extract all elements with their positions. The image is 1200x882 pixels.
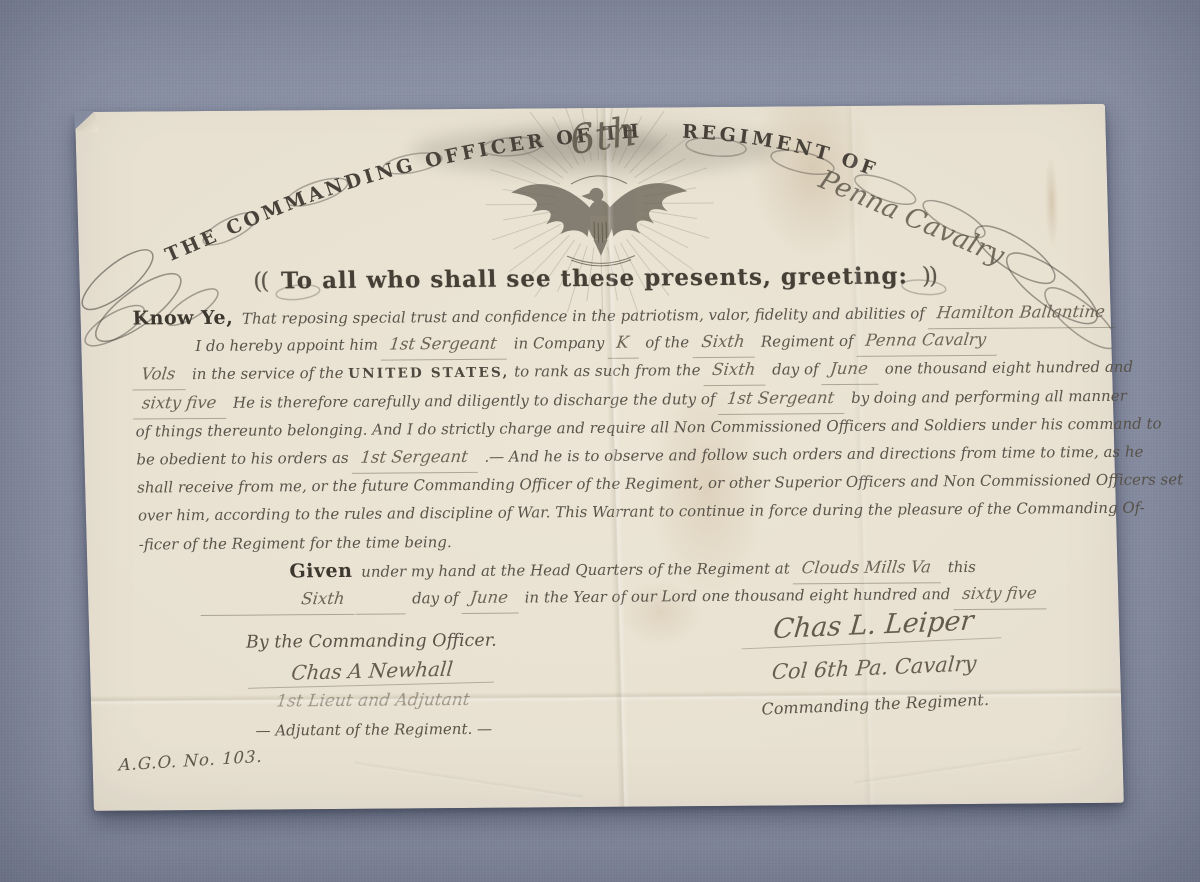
handwritten-fill: 1st Sergeant [381,330,511,361]
handwritten-fill: Sixth [293,585,359,616]
printed-text: to rank as such from the [509,361,705,381]
printed-text: of the [640,333,694,351]
handwritten-fill: sixty five [133,388,230,419]
printed-text: in Company [509,334,610,353]
salutation-open-ornament: (( [253,268,268,294]
regiment-name-handwritten: Penna Cavalry [814,164,1010,272]
cloud-smudge-icon [410,123,781,176]
ago-number: A.G.O. No. 103. [119,747,263,775]
handwritten-fill: Penna Cavalry [857,326,1000,357]
printed-text: shall receive from me, or the future Com… [137,470,1183,496]
handwritten-fill: 1st Sergeant [718,383,848,414]
printed-text: Know Ye, [132,307,237,330]
handwritten-fill: June [822,355,882,386]
salutation-text: To all who shall see these presents, gre… [281,262,908,294]
printed-text: this [943,558,976,576]
adjutant-caption: — Adjutant of the Regiment. — [156,719,592,740]
diagonal-crease [354,760,583,801]
printed-text [355,584,409,615]
printed-text: in the service of the [187,364,349,383]
colonel-rank-line: Col 6th Pa. Cavalry [656,646,1093,689]
printed-text: one thousand eight hundred and [880,358,1134,378]
adjutant-signature-block: By the Commanding Officer. Chas A Newhal… [153,630,592,740]
printed-text: Regiment of [756,332,859,351]
regiment-number-handwritten: 6th [566,109,640,164]
handwritten-fill: K [607,329,642,359]
warrant-document: THE COMMANDING OFFICER OF THE REGIMENT O… [75,104,1124,811]
handwritten-fill: Clouds Mills Va [793,553,945,584]
printed-text: Given [289,559,356,582]
printed-text: day of [767,361,823,379]
printed-text: by doing and performing all manner [846,386,1127,406]
printed-text: UNITED STATES, [348,365,510,382]
handwritten-fill: 1st Sergeant [352,443,482,474]
svg-text:THE COMMANDING OFFICER OF THE: THE COMMANDING OFFICER OF THE [75,104,647,267]
photo-background: THE COMMANDING OFFICER OF THE REGIMENT O… [0,0,1200,882]
printed-text: day of [407,589,463,607]
printed-text [201,585,297,616]
printed-text: be obedient to his orders as [136,449,353,469]
adjutant-signature: Chas A Newhall [248,656,496,689]
eagle-shield-icon [511,175,689,266]
handwritten-fill: Sixth [692,328,758,359]
printed-text: under my hand at the Head Quarters of th… [356,559,795,580]
colonel-signature: Chas L. Leiper [741,604,1004,649]
handwritten-fill: June [462,583,522,614]
arc-title-left: THE COMMANDING OFFICER OF THE [75,104,647,267]
handwritten-fill: Vols [132,360,189,391]
printed-text: in the Year of our Lord one thousand eig… [520,585,956,606]
handwritten-fill: Sixth [704,356,770,387]
printed-text: over him, according to the rules and dis… [138,499,1145,525]
printed-text: .— And he is to observe and follow such … [479,443,1143,466]
colonel-caption: Commanding the Regiment. [657,685,1093,723]
salutation-line: ((To all who shall see these presents, g… [79,261,1110,296]
handwritten-fill: Hamilton Ballantine [928,298,1119,330]
printed-text: That reposing special trust and confiden… [237,304,930,327]
salutation-close-ornament: )) [922,263,937,289]
svg-text:REGIMENT OF: REGIMENT OF [681,119,881,183]
diagonal-crease [854,746,1082,787]
warrant-body: Know Ye, That reposing special trust and… [132,297,1104,615]
printed-text: -ficer of the Regiment for the time bein… [138,533,451,553]
colonel-signature-block: Chas L. Leiper Col 6th Pa. Cavalry Comma… [655,608,1094,715]
adjutant-rank-line: 1st Lieut and Adjutant [154,689,592,712]
printed-text: I do hereby appoint him [195,336,383,355]
printed-text: of things thereunto belonging. And I do … [135,414,1161,440]
printed-text: He is therefore carefully and diligently… [228,390,720,412]
arc-title-right: REGIMENT OF [681,119,881,183]
